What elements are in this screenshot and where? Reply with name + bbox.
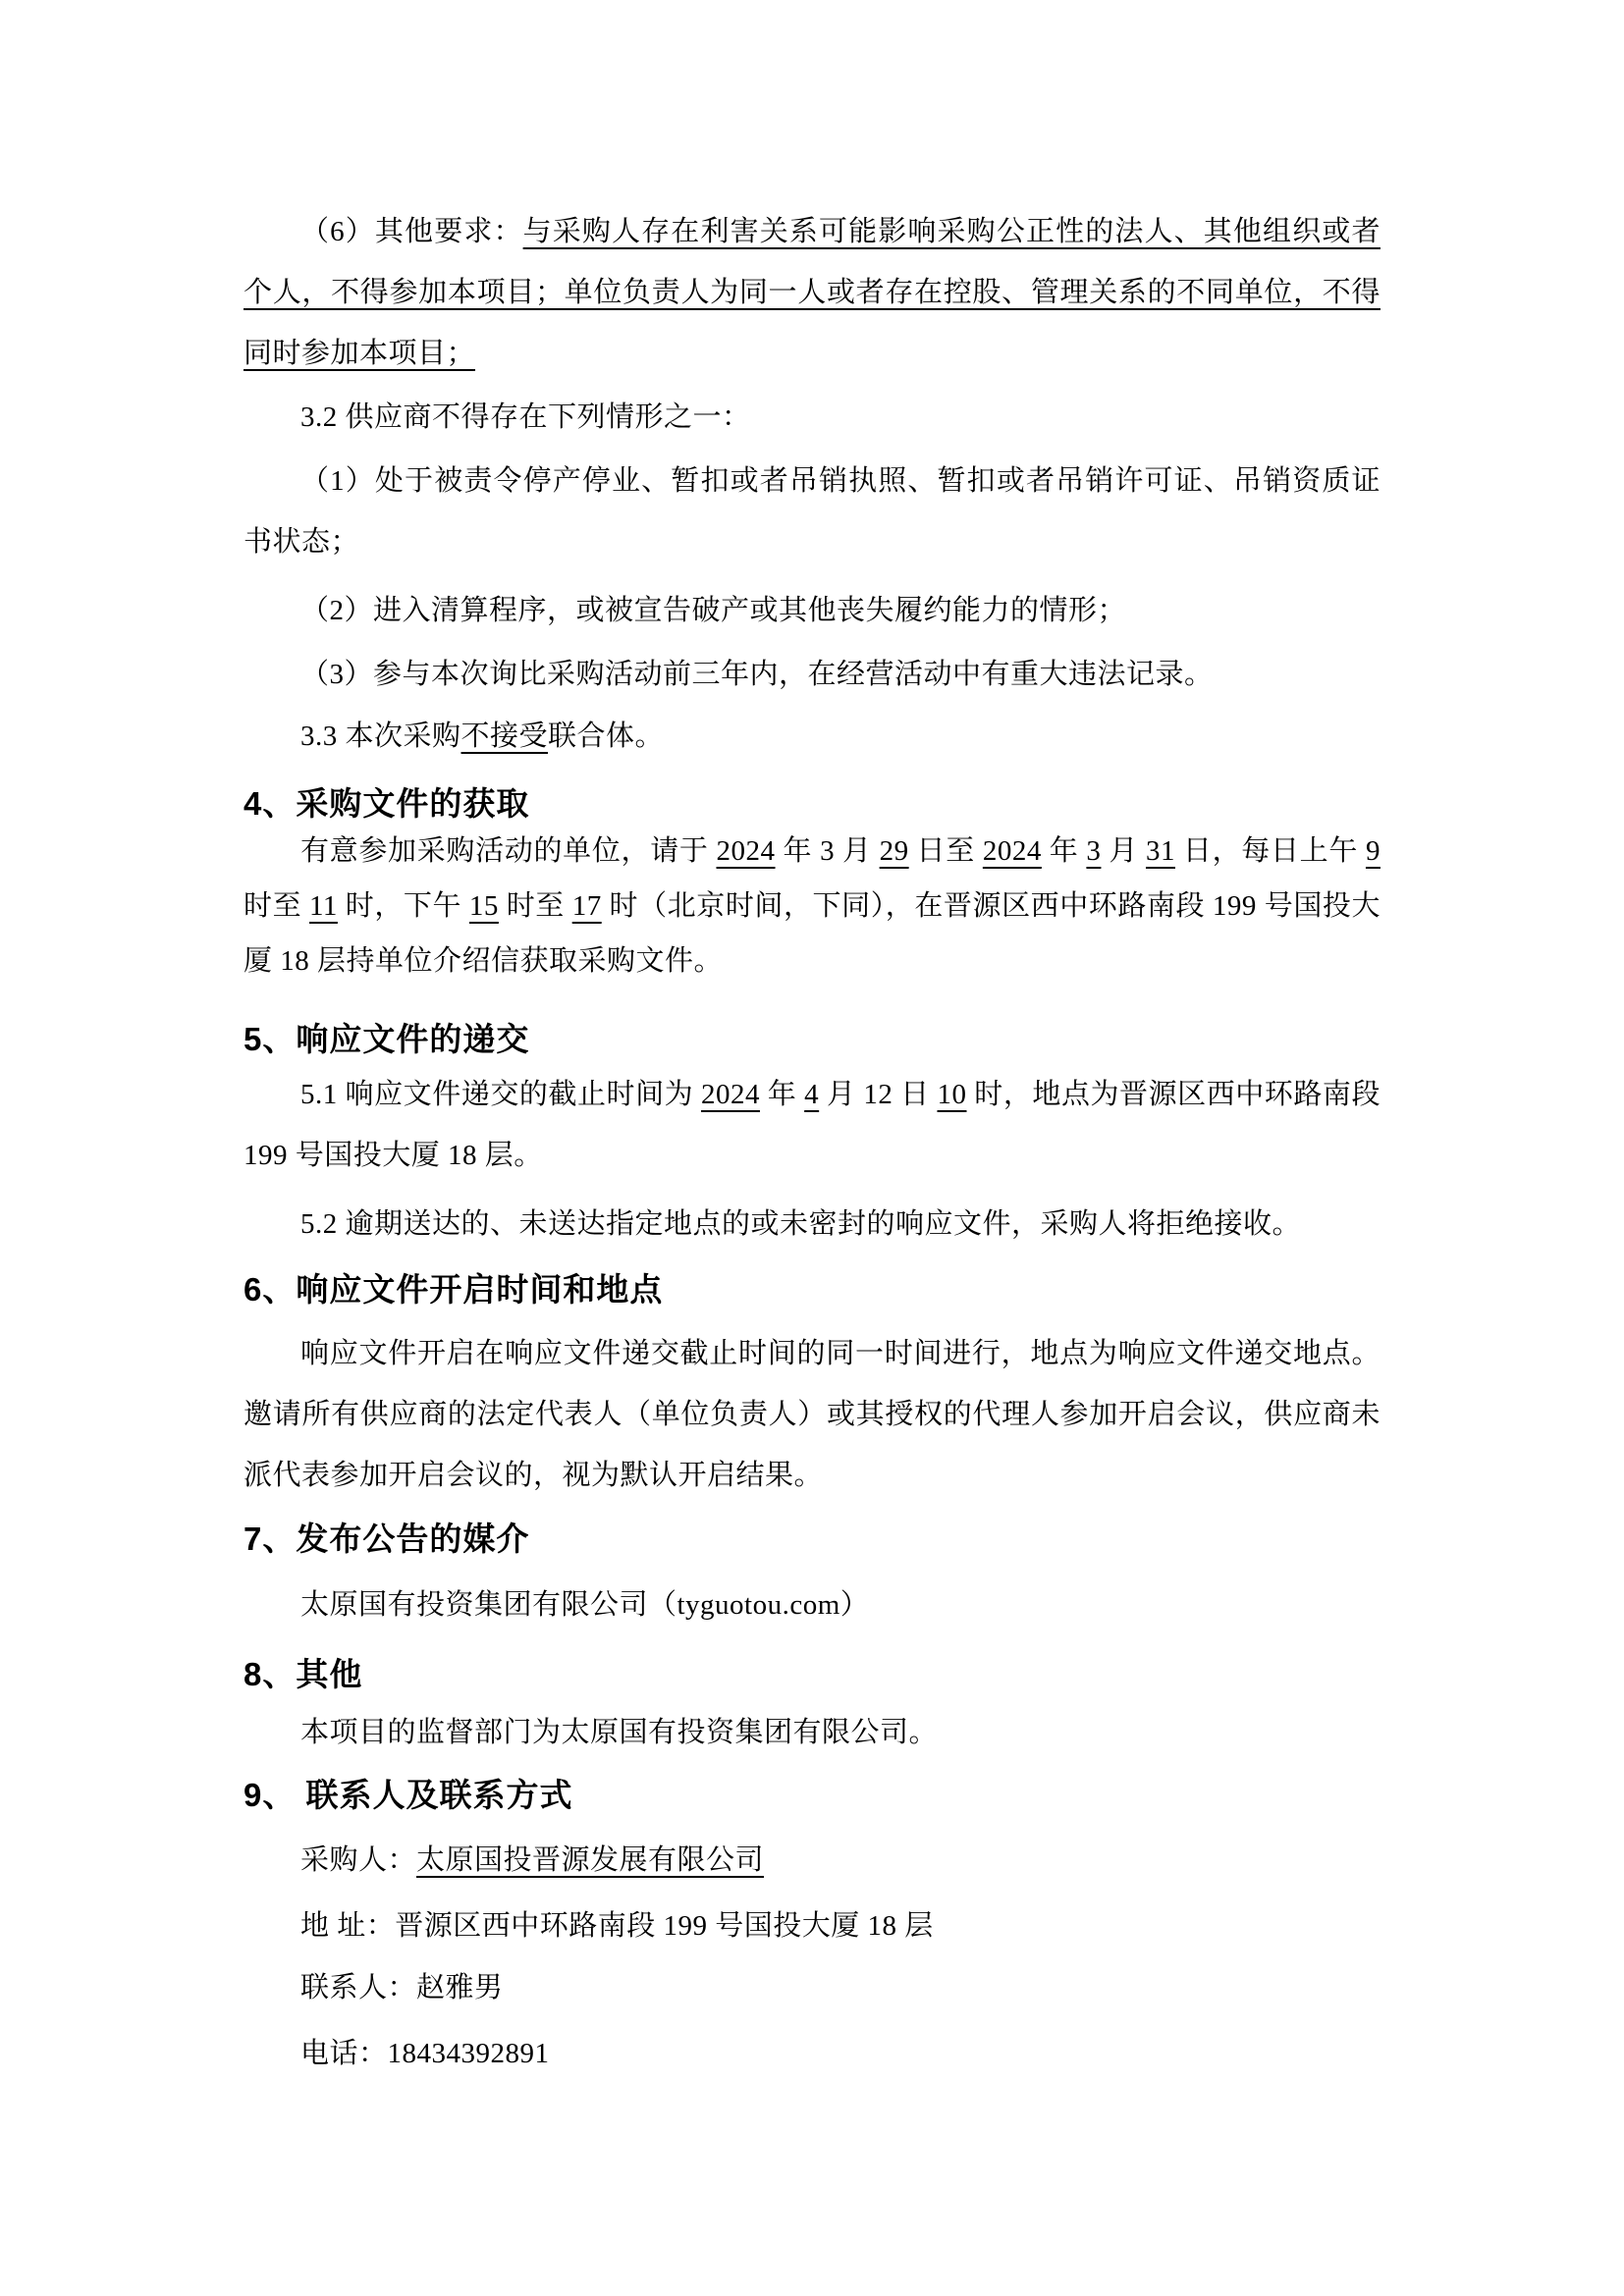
clause-6-other-requirements: （6）其他要求：与采购人存在利害关系可能影响采购公正性的法人、其他组织或者个人，… xyxy=(244,201,1380,384)
heading-section-6: 6、响应文件开启时间和地点 xyxy=(244,1268,1380,1311)
clause-3-2-item-2: （2）进入清算程序，或被宣告破产或其他丧失履约能力的情形； xyxy=(244,580,1380,641)
section-4-paragraph: 有意参加采购活动的单位，请于 2024 年 3 月 29 日至 2024 年 3… xyxy=(244,824,1380,988)
section-6-paragraph: 响应文件开启在响应文件递交截止时间的同一时间进行，地点为响应文件递交地点。邀请所… xyxy=(244,1323,1380,1506)
contact-person-line: 联系人：赵雅男 xyxy=(244,1957,1380,2018)
heading-section-5: 5、响应文件的递交 xyxy=(244,1018,1380,1061)
clause-3-2-item-1: （1）处于被责令停产停业、暂扣或者吊销执照、暂扣或者吊销许可证、吊销资质证书状态… xyxy=(244,451,1380,572)
heading-section-4: 4、采购文件的获取 xyxy=(244,782,1380,826)
clause-3-2: 3.2 供应商不得存在下列情形之一： xyxy=(244,387,1380,448)
contact-purchaser-line: 采购人：太原国投晋源发展有限公司 xyxy=(244,1830,1380,1891)
section-7-paragraph: 太原国有投资集团有限公司（tyguotou.com） xyxy=(244,1575,1380,1635)
heading-section-8: 8、其他 xyxy=(244,1653,1380,1696)
clause-3-2-item-3: （3）参与本次询比采购活动前三年内，在经营活动中有重大违法记录。 xyxy=(244,644,1380,705)
clause-3-3: 3.3 本次采购不接受联合体。 xyxy=(244,706,1380,767)
heading-section-9: 9、 联系人及联系方式 xyxy=(244,1774,1380,1817)
heading-section-7: 7、发布公告的媒介 xyxy=(244,1518,1380,1561)
clause-5-1: 5.1 响应文件递交的截止时间为 2024 年 4 月 12 日 10 时，地点… xyxy=(244,1064,1380,1186)
section-8-paragraph: 本项目的监督部门为太原国有投资集团有限公司。 xyxy=(244,1702,1380,1763)
clause-5-2: 5.2 逾期送达的、未送达指定地点的或未密封的响应文件，采购人将拒绝接收。 xyxy=(244,1194,1380,1255)
contact-address-line: 地 址：晋源区西中环路南段 199 号国投大厦 18 层 xyxy=(244,1896,1380,1956)
contact-phone-line: 电话：18434392891 xyxy=(244,2023,1380,2084)
document-page: （6）其他要求：与采购人存在利害关系可能影响采购公正性的法人、其他组织或者个人，… xyxy=(0,0,1624,2296)
